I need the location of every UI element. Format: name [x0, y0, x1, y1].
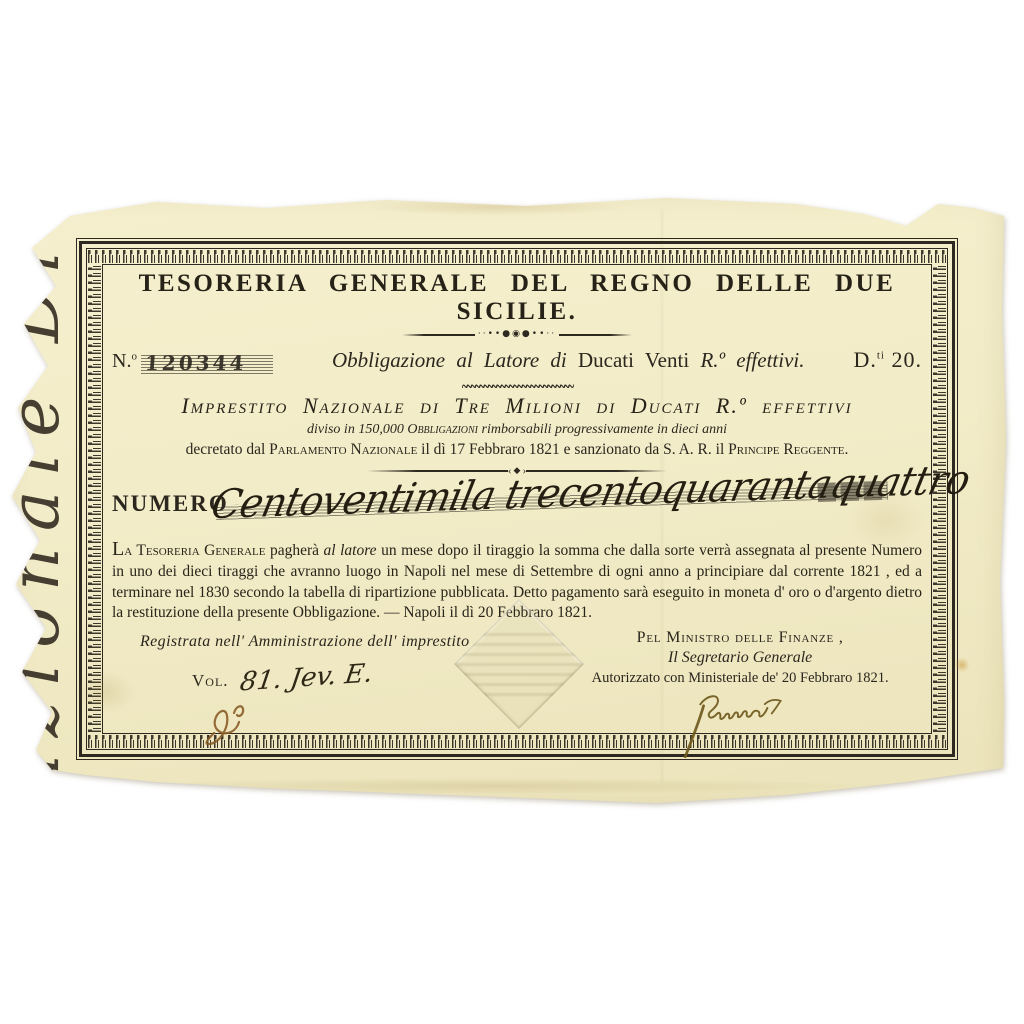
bond-paper-shadow: azionale Di TESORERIA GENERALE DEL REGNO… — [6, 190, 1006, 812]
denomination: D.ti 20. — [853, 347, 922, 373]
tesoreria-smallcaps: a Tesoreria Generale — [124, 542, 265, 559]
diviso-line: diviso in 150,000 Obbligazioni rimborsab… — [112, 422, 922, 438]
decretato-line: decretato dal Parlamento Nazionale il dì… — [112, 441, 922, 459]
minister-line1: Pel Ministro delle Finanze , — [558, 629, 922, 647]
numero-fill: Centoventimila trecentoquarantaquattro — [216, 483, 888, 520]
numero-section: NUMERO Centoventimila trecentoquarantaqu… — [112, 481, 922, 533]
lead-capital: L — [112, 538, 124, 560]
serial-number: 120344 — [144, 351, 247, 375]
counterfoil-script: azionale Di — [0, 235, 75, 794]
divider-line — [402, 334, 475, 336]
parlamento-smallcaps: Parlamento Nazionale — [269, 441, 417, 458]
loan-title: Imprestito Nazionale di Tre Milioni di D… — [112, 393, 922, 419]
beaded-divider-ornament: ··••●◉●••·· — [402, 329, 632, 340]
denomination-sup: ti — [877, 350, 885, 362]
effettivi-script: R.º effettivi. — [700, 348, 804, 372]
minister-signature — [659, 687, 822, 761]
age-stain — [366, 198, 626, 216]
obligation-script: Obbligazione al Latore di — [332, 348, 567, 372]
serial-label-sup: o — [131, 350, 137, 362]
ducati-venti: Ducati Venti — [578, 348, 689, 372]
age-stain — [146, 778, 846, 794]
vol-label: Vol. — [192, 671, 229, 690]
greek-key-band-left — [88, 263, 101, 735]
principe-smallcaps: Principe Reggente — [728, 441, 844, 458]
paper-crease — [661, 210, 663, 782]
divider-beads: ··••●◉●••·· — [475, 330, 559, 339]
wave-divider-ornament: ~~~~~~~~~~~~~~~~~~~~~~~~~~ — [112, 380, 922, 392]
minister-line2: Il Segretario Generale — [558, 649, 922, 667]
minister-block: Pel Ministro delle Finanze , Il Segretar… — [558, 629, 922, 762]
serial-label: N.o — [112, 350, 137, 373]
bond-document: azionale Di TESORERIA GENERALE DEL REGNO… — [6, 190, 1006, 812]
obbligazioni-smallcaps: Obbligazioni — [407, 422, 478, 437]
obligation-line: Obbligazione al Latore di Ducati Venti R… — [283, 348, 854, 373]
al-latore-italic: al latore — [324, 542, 377, 559]
scan-background: azionale Di TESORERIA GENERALE DEL REGNO… — [0, 0, 1024, 1024]
document-title: TESORERIA GENERALE DEL REGNO DELLE DUE S… — [112, 270, 922, 326]
minister-line3: Autorizzato con Ministeriale de' 20 Febb… — [558, 670, 922, 687]
serial-number-hatch: 120344 — [141, 354, 273, 374]
vol-handwritten: 81. Jev. E. — [238, 659, 375, 698]
registrar-paraph-signature — [198, 695, 262, 745]
greek-key-band-top — [88, 250, 946, 263]
divider-line — [367, 470, 508, 472]
divider-line — [559, 334, 632, 336]
